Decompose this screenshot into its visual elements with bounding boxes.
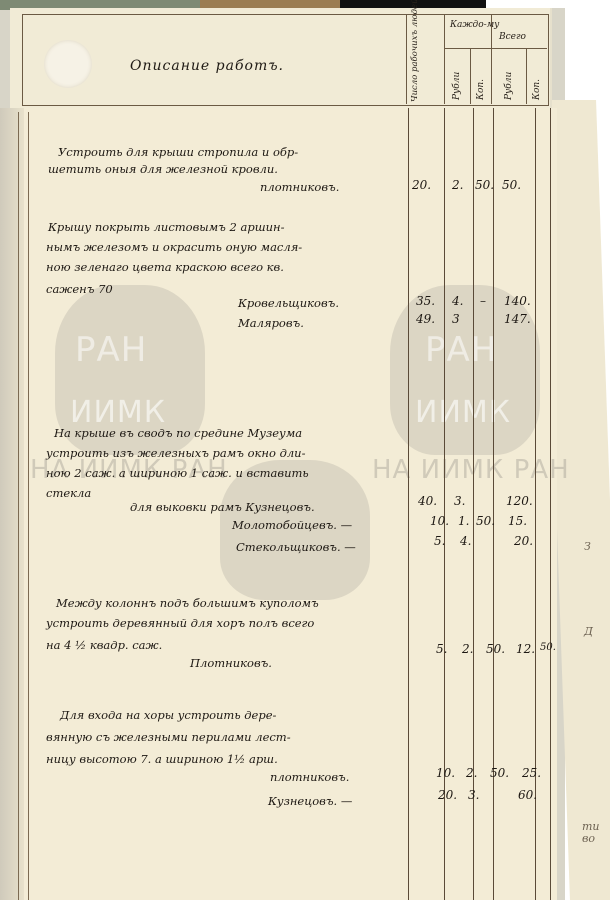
entry-3-line-4: стекла [46, 486, 91, 500]
entry-3-worker-1: для выковки рамъ Кузнецовъ. [130, 500, 315, 514]
entry-5-worker-2: Кузнецовъ. — [268, 794, 352, 808]
entry-2-total-rub-2: 147. [504, 312, 531, 326]
header-col-divider [406, 14, 407, 104]
entry-3-each-kop-2: 50. [476, 514, 495, 528]
entry-5-worker-1: плотниковъ. [270, 770, 349, 784]
entry-4-each-rub: 2. [462, 642, 473, 656]
entry-1-total-rub: 50. [502, 178, 521, 192]
entry-2-each-rub-1: 4. [452, 294, 463, 308]
entry-3-count-3: 5. [434, 534, 445, 548]
entry-3-line-1: На крыше въ сводъ по средине Музеума [54, 426, 302, 440]
entry-2-each-rub-2: 3 [452, 312, 460, 326]
entry-1-worker: плотниковъ. [260, 180, 339, 194]
entry-5-count-1: 10. [436, 766, 455, 780]
entry-4-worker: Плотниковъ. [190, 656, 272, 670]
entry-1-line-1: Устроить для крыши стропила и обр- [58, 145, 298, 159]
entry-2-line-4: саженъ 70 [46, 282, 113, 296]
underlying-text-fragment: З [584, 540, 591, 553]
entry-3-worker-2: Молотобойцевъ. — [232, 518, 352, 532]
embossed-seal [44, 40, 92, 88]
entry-2-count-2: 49. [416, 312, 435, 326]
entry-3-each-rub-2: 1. [458, 514, 469, 528]
entry-2-count-1: 35. [416, 294, 435, 308]
header-col-each: Каждо-му [450, 20, 499, 30]
watermark-logo-text: ИИМК [70, 395, 166, 430]
column-rule-each-rub [444, 108, 445, 900]
entry-3-total-rub-3: 20. [514, 534, 533, 548]
entry-2-line-3: ною зеленаго цвета краскою всего кв. [46, 260, 284, 274]
entry-4-total-kop: 50. [540, 642, 556, 653]
header-sub-divider [526, 48, 527, 104]
header-col-workers: Число рабочихъ людей [409, 18, 422, 102]
page-stack-edge [0, 108, 24, 900]
column-rule-total-rub [493, 108, 494, 900]
header-col-total: Всего [499, 32, 526, 42]
header-each-rubles: Рубли [452, 56, 462, 100]
header-each-kopecks: Коп. [476, 60, 486, 100]
entry-5-total-rub-2: 60. [518, 788, 537, 802]
entry-4-count: 5. [436, 642, 447, 656]
entry-2-line-1: Крышу покрыть листовымъ 2 аршин- [48, 220, 284, 234]
entry-5-count-2: 20. [438, 788, 457, 802]
entry-1-count: 20. [412, 178, 431, 192]
watermark-logo-text: ИИМК [415, 395, 511, 430]
entry-5-each-rub-1: 2. [466, 766, 477, 780]
entry-4-each-kop: 50. [486, 642, 505, 656]
entry-3-line-3: ною 2 саж. а шириною 1 саж. и вставить [46, 466, 309, 480]
header-sub-divider [470, 48, 471, 104]
underlying-text-fragment: Д [584, 625, 593, 638]
entry-4-total-rub: 12. [516, 642, 535, 656]
entry-3-count-1: 40. [418, 494, 437, 508]
entry-4-line-3: на 4 ½ квадр. саж. [46, 638, 162, 652]
entry-5-line-1: Для входа на хоры устроить дере- [60, 708, 276, 722]
left-margin-rule [18, 112, 19, 900]
entry-4-line-1: Между колоннъ подъ большимъ куполомъ [56, 596, 319, 610]
column-rule-end [550, 108, 551, 900]
left-margin-rule [28, 112, 29, 900]
entry-2-worker-1: Кровельщиковъ. [238, 296, 339, 310]
entry-3-line-2: устроить изъ железныхъ рамъ окно дли- [46, 446, 305, 460]
entry-5-each-kop-1: 50. [490, 766, 509, 780]
underlying-text-fragment: во [582, 832, 595, 845]
column-rule-workers [408, 108, 409, 900]
entry-3-each-rub-1: 3. [454, 494, 465, 508]
entry-3-worker-3: Стекольщиковъ. — [236, 540, 356, 554]
entry-5-total-rub-1: 25. [522, 766, 541, 780]
entry-2-each-kop-1: – [480, 294, 486, 308]
header-title: Описание работъ. [130, 58, 284, 74]
entry-1-each-rub: 2. [452, 178, 463, 192]
header-col-divider [444, 14, 445, 104]
header-total-rubles: Рубли [504, 56, 514, 100]
entry-2-worker-2: Маляровъ. [238, 316, 304, 330]
column-rule-total-kop [535, 108, 536, 900]
entry-1-each-kop: 50. [475, 178, 494, 192]
entry-4-line-2: устроить деревянный для хоръ полъ всего [46, 616, 314, 630]
entry-3-count-2: 10. [430, 514, 449, 528]
header-sub-rule [444, 48, 547, 49]
entry-3-each-rub-3: 4. [460, 534, 471, 548]
entry-5-line-2: вянную съ железными перилами лест- [46, 730, 291, 744]
column-rule-each-kop [473, 108, 474, 900]
entry-2-line-2: нымъ железомъ и окрасить оную масля- [46, 240, 302, 254]
header-total-kopecks: Коп. [532, 60, 542, 100]
watermark-logo-text: РАН [75, 330, 147, 370]
entry-5-line-3: ницу высотою 7. а шириною 1½ арш. [46, 752, 278, 766]
entry-2-total-rub-1: 140. [504, 294, 531, 308]
watermark-text: НА ИИМК РАН [372, 455, 570, 485]
watermark-logo-text: РАН [425, 330, 497, 370]
entry-3-total-rub-1: 120. [506, 494, 533, 508]
entry-5-each-rub-2: 3. [468, 788, 479, 802]
entry-3-total-rub-2: 15. [508, 514, 527, 528]
entry-1-line-2: шетить оныя для железной кровли. [48, 162, 278, 176]
